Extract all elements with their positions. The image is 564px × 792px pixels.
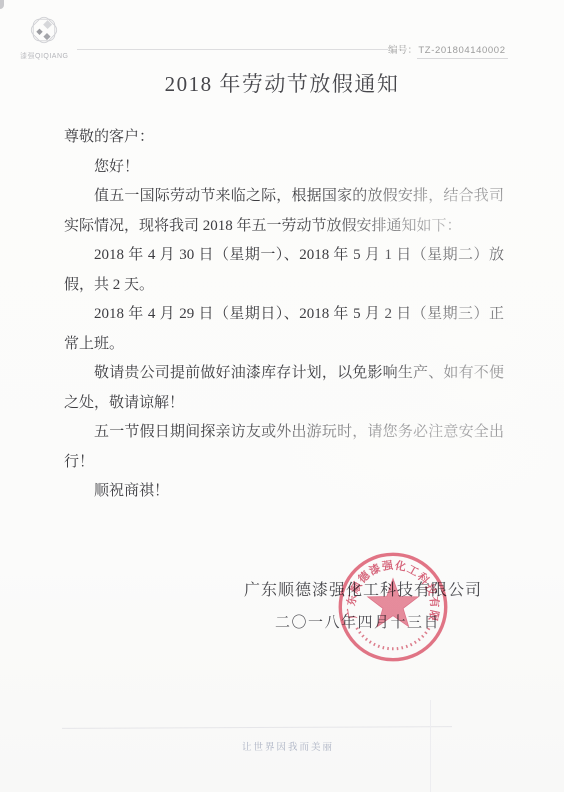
scan-artifact-corner — [0, 0, 4, 9]
notice-paragraph-workdays: 2018 年 4 月 29 日（星期日）、2018 年 5 月 2 日（星期三）… — [64, 300, 504, 359]
notice-paragraph-greeting: 您好！ — [64, 153, 504, 183]
salutation: 尊敬的客户： — [64, 123, 504, 153]
letterhead-rule — [77, 49, 388, 50]
doc-number: 编号：TZ-201804140002 — [388, 42, 508, 56]
scanned-notice-page: 漆强QIQIANG 编号：TZ-201804140002 2018 年劳动节放假… — [0, 0, 564, 792]
notice-paragraph-holiday-dates: 2018 年 4 月 30 日（星期一）、2018 年 5 月 1 日（星期二）… — [64, 241, 504, 300]
logo-wordmark: 漆强QIQIANG — [20, 51, 90, 61]
footer-rule — [62, 726, 452, 729]
footer-slogan: 让世界因我而美丽 — [6, 739, 564, 753]
seal-star-icon — [368, 579, 419, 627]
doc-number-label: 编号： — [388, 45, 417, 56]
notice-paragraph-intro: 值五一国际劳动节来临之际，根据国家的放假安排，结合我司实际情况，现将我司 201… — [64, 182, 504, 241]
notice-paragraph-safety: 五一节假日期间探亲访友或外出游玩时，请您务必注意安全出行！ — [64, 418, 504, 477]
logo-diamond-dark-bottom — [43, 33, 50, 40]
logo-diamond-dark-left — [36, 29, 42, 35]
notice-body: 尊敬的客户： 您好！ 值五一国际劳动节来临之际，根据国家的放假安排，结合我司实际… — [64, 123, 504, 507]
scan-artifact-line — [430, 700, 431, 792]
company-logo: 漆强QIQIANG — [20, 11, 90, 61]
seal-serial-marks — [357, 628, 429, 649]
notice-paragraph-inventory: 敬请贵公司提前做好油漆库存计划，以免影响生产、如有不便之处，敬请谅解！ — [64, 359, 504, 418]
company-seal: 广东顺德漆强化工科技有限公司 — [336, 550, 450, 664]
page-title: 2018 年劳动节放假通知 — [0, 68, 564, 98]
notice-paragraph-regards: 顺祝商祺！ — [64, 477, 504, 507]
doc-number-value: TZ-201804140002 — [417, 45, 507, 59]
logo-mark-icon — [26, 11, 62, 49]
